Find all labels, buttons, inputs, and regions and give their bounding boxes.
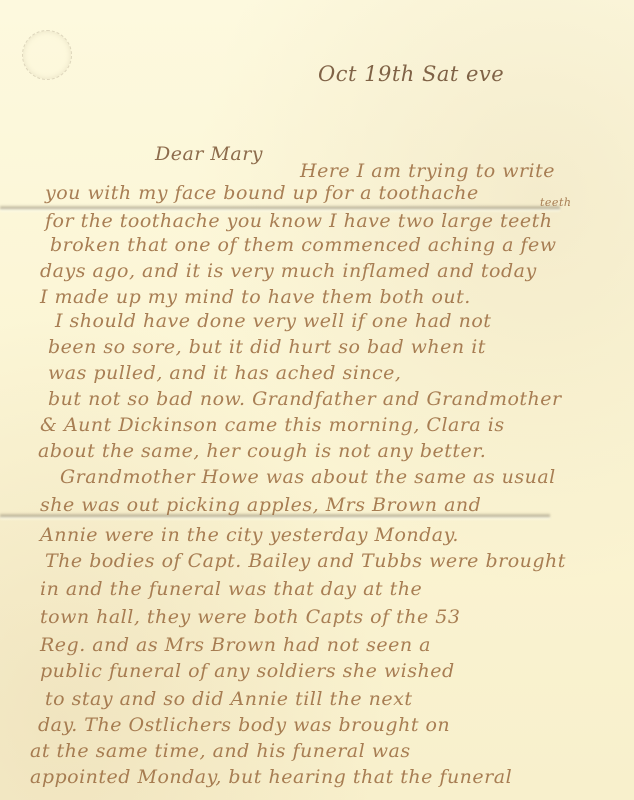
letter-line: The bodies of Capt. Bailey and Tubbs wer… (45, 550, 566, 572)
letter-line: you with my face bound up for a toothach… (45, 182, 479, 204)
letter-line: appointed Monday, but hearing that the f… (30, 766, 512, 788)
date-line: Oct 19th Sat eve (318, 62, 504, 86)
letter-line: for the toothache you know I have two la… (45, 210, 553, 232)
letter-line: Here I am trying to write (300, 160, 555, 182)
letter-line: public funeral of any soldiers she wishe… (40, 660, 455, 682)
letter-line: but not so bad now. Grandfather and Gran… (48, 388, 562, 410)
letter-line: I should have done very well if one had … (55, 310, 491, 332)
salutation: Dear Mary (155, 143, 263, 165)
letter-line: I made up my mind to have them both out. (40, 286, 471, 308)
letter-line: broken that one of them commenced aching… (50, 234, 557, 256)
letter-line: & Aunt Dickinson came this morning, Clar… (40, 414, 505, 436)
letter-line: been so sore, but it did hurt so bad whe… (48, 336, 486, 358)
letter-line: Grandmother Howe was about the same as u… (60, 466, 556, 488)
letter-line: about the same, her cough is not any bet… (38, 440, 486, 462)
letter-line: at the same time, and his funeral was (30, 740, 411, 762)
letter-page: Oct 19th Sat eve Dear Mary Here I am try… (0, 0, 634, 800)
interlinear-insert: teeth (540, 196, 571, 209)
letter-line: day. The Ostlichers body was brought on (38, 714, 450, 736)
letter-line: town hall, they were both Capts of the 5… (40, 606, 460, 628)
letter-line: days ago, and it is very much inflamed a… (40, 260, 537, 282)
letter-line: was pulled, and it has ached since, (48, 362, 401, 384)
letter-line: she was out picking apples, Mrs Brown an… (40, 494, 481, 516)
letter-line: Annie were in the city yesterday Monday. (40, 524, 459, 546)
letter-line: in and the funeral was that day at the (40, 578, 422, 600)
letter-line: to stay and so did Annie till the next (45, 688, 413, 710)
embossed-stationery-seal (22, 30, 72, 80)
letter-line: Reg. and as Mrs Brown had not seen a (40, 634, 431, 656)
